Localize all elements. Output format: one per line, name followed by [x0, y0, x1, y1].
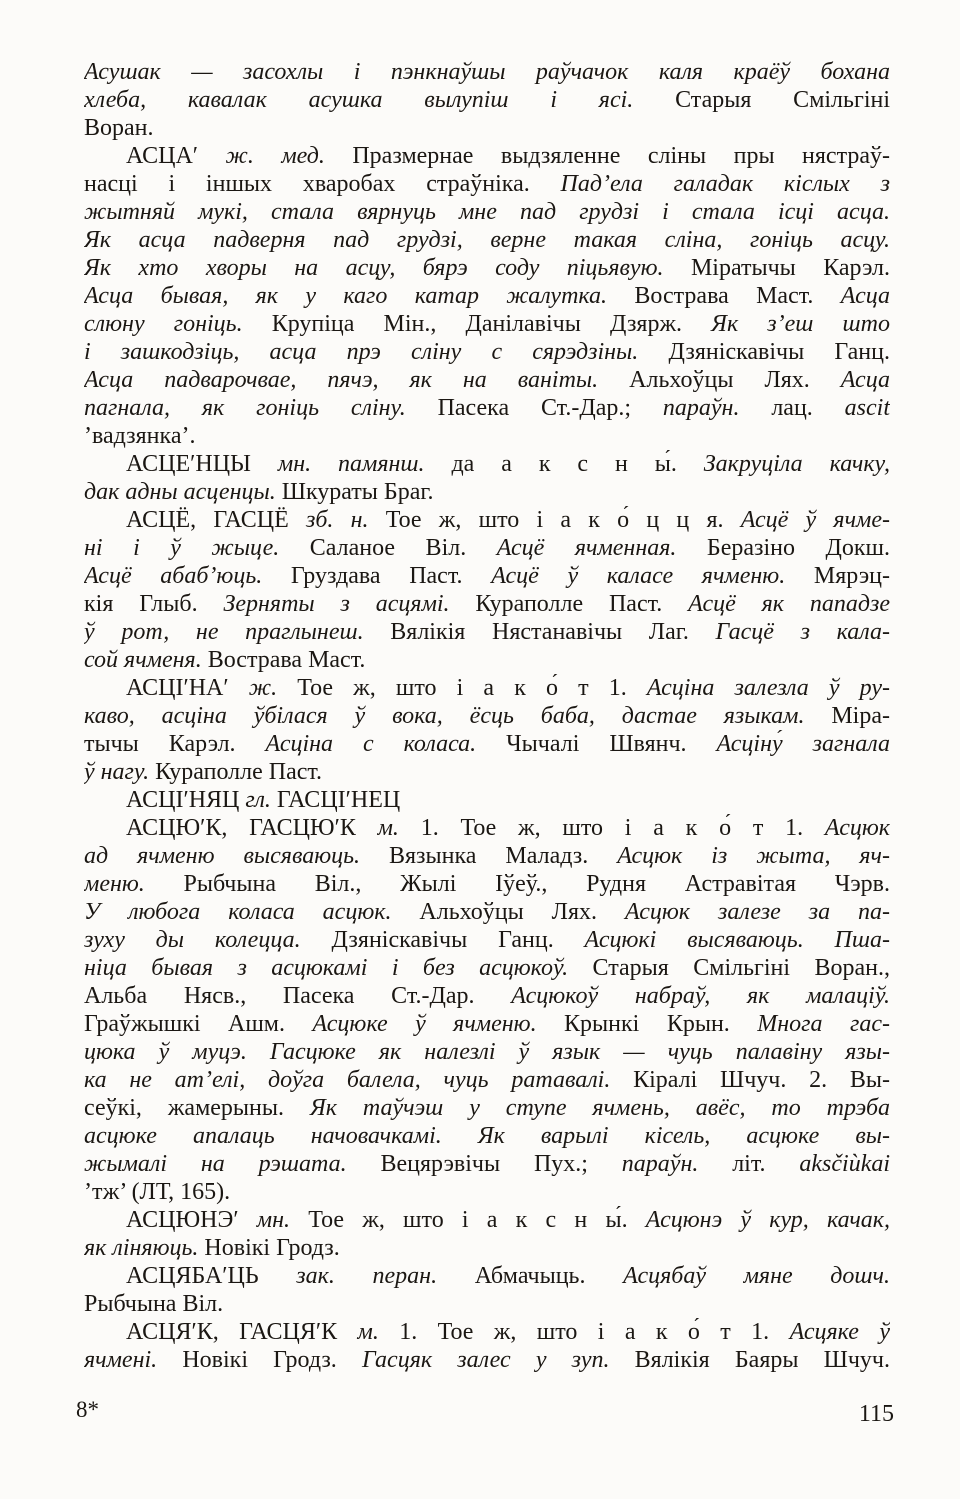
text-line: зуху ды колецца. Дзяніскавічы Ганц. Асцю…: [84, 926, 890, 954]
signature-mark: 8*: [76, 1396, 99, 1424]
text-line: сой ячменя. Вострава Маст.: [84, 646, 890, 674]
text-line: Асушак — засохлы і пэнкнаўшы раўчачок ка…: [84, 58, 890, 86]
text-segment: АСЦЯБА′ЦЬ: [126, 1263, 296, 1289]
italic-text-segment: ячмені.: [84, 1347, 182, 1373]
text-segment: Міратычы Карэл.: [691, 255, 890, 281]
text-segment: 1. Тое ж, што і а к о́ т 1.: [421, 815, 825, 841]
italic-text-segment: слюну гоніць.: [84, 311, 272, 337]
text-line: ніца бывая з асцюкамі і без асцюкоў. Ста…: [84, 954, 890, 982]
entry-paragraph: АСЦЁ, ГАСЦЁ зб. н. Тое ж, што і а к о́ ц…: [84, 506, 890, 674]
page-number: 115: [859, 1400, 894, 1428]
text-segment: Вялікія Баяры Шчуч.: [635, 1347, 890, 1373]
italic-text-segment: Асца бывая, як у каго катар жалутка.: [84, 283, 634, 309]
italic-text-segment: Асцё ячменная.: [497, 535, 707, 561]
italic-text-segment: Як асца падверня пад грудзі, верне такая…: [84, 227, 890, 253]
text-line: хлеба, кавалак асушка вылупіш і ясі. Ста…: [84, 86, 890, 114]
text-line: АСЦЯ′К, ГАСЦЯ′К м. 1. Тое ж, што і а к о…: [84, 1318, 890, 1346]
text-segment: Груздава Паст.: [291, 563, 491, 589]
italic-text-segment: ў рот, не праглынеш.: [84, 619, 390, 645]
text-line: АСЦА′ ж. мед. Празмернае выдзяленне слін…: [84, 142, 890, 170]
text-line: АСЦЮНЭ′ мн. Тое ж, што і а к с н ы́. Асц…: [84, 1206, 890, 1234]
entry-paragraph: Асушак — засохлы і пэнкнаўшы раўчачок ка…: [84, 58, 890, 142]
text-segment: Шкураты Браг.: [282, 479, 434, 505]
text-line: ячмені. Новікі Гродз. Гасцяк залес у зуп…: [84, 1346, 890, 1374]
text-segment: Новікі Гродз.: [182, 1347, 362, 1373]
italic-text-segment: Асца падварочвае, пячэ, як на ваніты.: [84, 367, 629, 393]
italic-text-segment: ка не ат’елі, доўга балела, чуць ратавал…: [84, 1067, 633, 1093]
text-line: Асцё абаб’юць. Груздава Паст. Асцё ў кал…: [84, 562, 890, 590]
text-line: АСЦЕ′НЦЫ мн. памянш. да а к с н ы́. Закр…: [84, 450, 890, 478]
text-segment: Кураполле Паст.: [475, 591, 688, 617]
italic-text-segment: цюка ў муцэ. Гасцюке як налезлі ў язык —…: [84, 1039, 890, 1065]
text-line: АСЦЯБА′ЦЬ зак. перан. Абмачыць. Асцябаў …: [84, 1262, 890, 1290]
text-line: Рыбчына Віл.: [84, 1290, 890, 1318]
italic-text-segment: Асцё ў ячме-: [741, 507, 890, 533]
italic-text-segment: ад ячменю высяваюць.: [84, 843, 389, 869]
text-line: жымалі на рэшата. Вецярэвічы Пух.; параў…: [84, 1150, 890, 1178]
entry-paragraph: АСЦЮНЭ′ мн. Тое ж, што і а к с н ы́. Асц…: [84, 1206, 890, 1262]
text-segment: Рыбчына Віл.: [84, 1291, 223, 1317]
italic-text-segment: меню.: [84, 871, 184, 897]
entry-paragraph: АСЦЮ′К, ГАСЦЮ′К м. 1. Тое ж, што і а к о…: [84, 814, 890, 1206]
italic-text-segment: Асціна залезла ў ру-: [647, 675, 890, 701]
italic-text-segment: Як з’еш што: [711, 311, 890, 337]
text-line: Граўжышкі Ашм. Асцюке ў ячменю. Крынкі К…: [84, 1010, 890, 1038]
text-segment: АСЦЯ′К, ГАСЦЯ′К: [126, 1319, 358, 1345]
text-segment: ’тж’ (ЛТ, 165).: [84, 1179, 230, 1205]
italic-text-segment: Асціну́ загнала: [716, 731, 890, 757]
text-segment: Вострава Маст.: [634, 283, 840, 309]
italic-text-segment: жытняй мукі, стала вярнуць мне пад грудз…: [84, 199, 890, 225]
italic-text-segment: Асцюкі высяваюць. Пша-: [585, 927, 890, 953]
text-segment: Вецярэвічы Пух.;: [380, 1151, 621, 1177]
text-segment: Міра-: [831, 703, 890, 729]
text-line: ў нагу. Кураполле Паст.: [84, 758, 890, 786]
text-line: Асца бывая, як у каго катар жалутка. Вос…: [84, 282, 890, 310]
italic-text-segment: Асцё абаб’юць.: [84, 563, 291, 589]
text-segment: Вострава Маст.: [208, 647, 366, 673]
text-line: жытняй мукі, стала вярнуць мне пад грудз…: [84, 198, 890, 226]
text-line: слюну гоніць. Крупіца Мін., Данілавічы Д…: [84, 310, 890, 338]
text-line: сеўкі, жамерыны. Як таўчэш у ступе ячмен…: [84, 1094, 890, 1122]
italic-text-segment: зак. перан.: [296, 1263, 474, 1289]
italic-text-segment: хлеба, кавалак асушка вылупіш і ясі.: [84, 87, 675, 113]
entry-paragraph: АСЦА′ ж. мед. Празмернае выдзяленне слін…: [84, 142, 890, 450]
text-line: і зашкодзіць, асца прэ сліну с сярэдзіны…: [84, 338, 890, 366]
dictionary-page: Асушак — засохлы і пэнкнаўшы раўчачок ка…: [0, 0, 960, 1499]
text-segment: да а к с н ы́.: [451, 451, 703, 477]
italic-text-segment: дак адны асценцы.: [84, 479, 282, 505]
italic-text-segment: Як хто хворы на асцу, бярэ соду піцьявую…: [84, 255, 691, 281]
italic-text-segment: Асцябаў мяне дошч.: [623, 1263, 890, 1289]
italic-text-segment: Гасцяк залес у зуп.: [362, 1347, 635, 1373]
text-segment: АСЦЁ, ГАСЦЁ: [126, 507, 306, 533]
italic-text-segment: Асцюк: [825, 815, 890, 841]
text-segment: АСЦА′: [126, 143, 226, 169]
text-segment: ’вадзянка’.: [84, 423, 195, 449]
italic-text-segment: гл.: [245, 787, 277, 813]
text-segment: Дзяніскавічы Ганц.: [668, 339, 890, 365]
text-segment: Вязынка Маладз.: [389, 843, 617, 869]
italic-text-segment: Зерняты з асцямі.: [223, 591, 475, 617]
text-segment: Крупіца Мін., Данілавічы Дзярж.: [272, 311, 711, 337]
entry-paragraph: АСЦІ′НЯЦ гл. ГАСЦІ′НЕЦ: [84, 786, 890, 814]
text-segment: Тое ж, што і а к о́ т 1.: [297, 675, 647, 701]
italic-text-segment: асцюке апалаць начовачкамі. Як варылі кі…: [84, 1123, 890, 1149]
text-segment: насці і іншых хваробах страўніка.: [84, 171, 561, 197]
italic-text-segment: сой ячменя.: [84, 647, 208, 673]
entry-paragraph: АСЦЕ′НЦЫ мн. памянш. да а к с н ы́. Закр…: [84, 450, 890, 506]
italic-text-segment: зуху ды колецца.: [84, 927, 331, 953]
text-line: АСЦЮ′К, ГАСЦЮ′К м. 1. Тое ж, што і а к о…: [84, 814, 890, 842]
text-segment: АСЦЕ′НЦЫ: [126, 451, 278, 477]
italic-text-segment: Закруціла качку,: [704, 451, 890, 477]
text-segment: Альба Нясв., Пасека Ст.-Дар.: [84, 983, 511, 1009]
text-line: асцюке апалаць начовачкамі. Як варылі кі…: [84, 1122, 890, 1150]
text-line: АСЦІ′НА′ ж. Тое ж, што і а к о́ т 1. Асц…: [84, 674, 890, 702]
text-segment: Саланое Віл.: [310, 535, 497, 561]
text-segment: літ.: [732, 1151, 799, 1177]
page-text: Асушак — засохлы і пэнкнаўшы раўчачок ка…: [84, 58, 890, 1374]
text-line: ка не ат’елі, доўга балела, чуць ратавал…: [84, 1066, 890, 1094]
text-segment: Беразіно Докш.: [707, 535, 890, 561]
text-segment: ГАСЦІ′НЕЦ: [277, 787, 400, 813]
entry-paragraph: АСЦЯ′К, ГАСЦЯ′К м. 1. Тое ж, што і а к о…: [84, 1318, 890, 1374]
italic-text-segment: Асцё як пападзе: [688, 591, 890, 617]
italic-text-segment: ж. мед.: [226, 143, 353, 169]
italic-text-segment: і зашкодзіць, асца прэ сліну с сярэдзіны…: [84, 339, 668, 365]
text-segment: Чычалі Швянч.: [506, 731, 716, 757]
italic-text-segment: параўн.: [663, 395, 771, 421]
text-segment: лац.: [771, 395, 844, 421]
text-line: ні і ў жыце. Саланое Віл. Асцё ячменная.…: [84, 534, 890, 562]
text-line: Альба Нясв., Пасека Ст.-Дар. Асцюкоў наб…: [84, 982, 890, 1010]
text-segment: Новікі Гродз.: [204, 1235, 339, 1261]
text-segment: Альхоўцы Лях.: [419, 899, 625, 925]
text-segment: Вялікія Нястанавічы Лаг.: [390, 619, 715, 645]
text-line: ’вадзянка’.: [84, 422, 890, 450]
text-line: Воран.: [84, 114, 890, 142]
text-segment: 1. Тое ж, што і а к о́ т 1.: [399, 1319, 789, 1345]
text-segment: Тое ж, што і а к с н ы́.: [308, 1207, 646, 1233]
text-segment: АСЦІ′НЯЦ: [126, 787, 245, 813]
italic-text-segment: У любога коласа асцюк.: [84, 899, 419, 925]
text-segment: Пасека Ст.-Дар.;: [438, 395, 663, 421]
text-line: ад ячменю высяваюць. Вязынка Маладз. Асц…: [84, 842, 890, 870]
entry-paragraph: АСЦІ′НА′ ж. Тое ж, што і а к о́ т 1. Асц…: [84, 674, 890, 786]
text-line: насці і іншых хваробах страўніка. Пад’ел…: [84, 170, 890, 198]
italic-text-segment: Асцюнэ ў кур, качак,: [646, 1207, 890, 1233]
italic-text-segment: м.: [358, 1319, 400, 1345]
text-segment: Старыя Смільгіні Воран.,: [593, 955, 890, 981]
italic-text-segment: aksčiùkai: [799, 1151, 890, 1177]
text-segment: тычы Карэл.: [84, 731, 266, 757]
italic-text-segment: мн.: [257, 1207, 308, 1233]
text-segment: Кіралі Шчуч. 2. Вы-: [633, 1067, 890, 1093]
italic-text-segment: Асцяке ў: [790, 1319, 890, 1345]
text-line: Як асца падверня пад грудзі, верне такая…: [84, 226, 890, 254]
text-segment: кія Глыб.: [84, 591, 223, 617]
italic-text-segment: ж.: [249, 675, 297, 701]
italic-text-segment: Асушак — засохлы і пэнкнаўшы раўчачок ка…: [84, 59, 890, 85]
text-segment: Старыя Смільгіні: [675, 87, 890, 113]
text-segment: АСЦІ′НА′: [126, 675, 249, 701]
text-line: ў рот, не праглынеш. Вялікія Нястанавічы…: [84, 618, 890, 646]
text-line: цюка ў муцэ. Гасцюке як налезлі ў язык —…: [84, 1038, 890, 1066]
text-line: дак адны асценцы. Шкураты Браг.: [84, 478, 890, 506]
text-line: У любога коласа асцюк. Альхоўцы Лях. Асц…: [84, 898, 890, 926]
italic-text-segment: зб. н.: [306, 507, 386, 533]
italic-text-segment: Асціна с коласа.: [266, 731, 507, 757]
text-segment: Тое ж, што і а к о́ ц ц я.: [386, 507, 741, 533]
italic-text-segment: Асцюк залезе за па-: [625, 899, 890, 925]
italic-text-segment: параўн.: [622, 1151, 732, 1177]
italic-text-segment: пагнала, як гоніць сліну.: [84, 395, 438, 421]
italic-text-segment: Як таўчэш у ступе ячмень, авёс, то трэба: [310, 1095, 890, 1121]
text-line: меню. Рыбчына Віл., Жылі Іўеў., Рудня Ас…: [84, 870, 890, 898]
text-segment: Рыбчына Віл., Жылі Іўеў., Рудня Астравіт…: [184, 871, 890, 897]
italic-text-segment: Асцюкоў набраў, як малаціў.: [511, 983, 890, 1009]
text-line: тычы Карэл. Асціна с коласа. Чычалі Швян…: [84, 730, 890, 758]
italic-text-segment: ў нагу.: [84, 759, 155, 785]
text-line: Асца падварочвае, пячэ, як на ваніты. Ал…: [84, 366, 890, 394]
text-segment: Воран.: [84, 115, 154, 141]
italic-text-segment: як ліняюць.: [84, 1235, 204, 1261]
italic-text-segment: Асцюк із жыта, яч-: [617, 843, 890, 869]
italic-text-segment: жымалі на рэшата.: [84, 1151, 380, 1177]
text-segment: Абмачыць.: [475, 1263, 623, 1289]
italic-text-segment: ніца бывая з асцюкамі і без асцюкоў.: [84, 955, 593, 981]
text-segment: АСЦЮНЭ′: [126, 1207, 257, 1233]
text-segment: Мярэц-: [814, 563, 890, 589]
italic-text-segment: Пад’ела галадак кіслых з: [561, 171, 890, 197]
italic-text-segment: Асцё ў каласе ячменю.: [491, 563, 814, 589]
text-line: ’тж’ (ЛТ, 165).: [84, 1178, 890, 1206]
italic-text-segment: ні і ў жыце.: [84, 535, 310, 561]
text-line: як ліняюць. Новікі Гродз.: [84, 1234, 890, 1262]
text-line: АСЦЁ, ГАСЦЁ зб. н. Тое ж, што і а к о́ ц…: [84, 506, 890, 534]
text-line: Як хто хворы на асцу, бярэ соду піцьявую…: [84, 254, 890, 282]
italic-text-segment: Гасцё з кала-: [716, 619, 890, 645]
italic-text-segment: Асцюке ў ячменю.: [312, 1011, 564, 1037]
text-line: АСЦІ′НЯЦ гл. ГАСЦІ′НЕЦ: [84, 786, 890, 814]
text-segment: Граўжышкі Ашм.: [84, 1011, 312, 1037]
text-line: каво, асціна ўбілася ў вока, ёсць баба, …: [84, 702, 890, 730]
entry-paragraph: АСЦЯБА′ЦЬ зак. перан. Абмачыць. Асцябаў …: [84, 1262, 890, 1318]
italic-text-segment: мн. памянш.: [278, 451, 452, 477]
text-line: кія Глыб. Зерняты з асцямі. Кураполле Па…: [84, 590, 890, 618]
italic-text-segment: ascit: [845, 395, 890, 421]
text-segment: сеўкі, жамерыны.: [84, 1095, 310, 1121]
text-segment: АСЦЮ′К, ГАСЦЮ′К: [126, 815, 378, 841]
italic-text-segment: Многа гас-: [757, 1011, 890, 1037]
italic-text-segment: каво, асціна ўбілася ў вока, ёсць баба, …: [84, 703, 831, 729]
italic-text-segment: м.: [378, 815, 421, 841]
text-segment: Празмернае выдзяленне сліны пры нястраў-: [352, 143, 890, 169]
text-line: пагнала, як гоніць сліну. Пасека Ст.-Дар…: [84, 394, 890, 422]
text-segment: Кураполле Паст.: [155, 759, 322, 785]
text-segment: Крынкі Крын.: [564, 1011, 757, 1037]
text-segment: Альхоўцы Лях.: [629, 367, 841, 393]
italic-text-segment: Асца: [841, 283, 890, 309]
text-segment: Дзяніскавічы Ганц.: [331, 927, 584, 953]
italic-text-segment: Асца: [841, 367, 890, 393]
